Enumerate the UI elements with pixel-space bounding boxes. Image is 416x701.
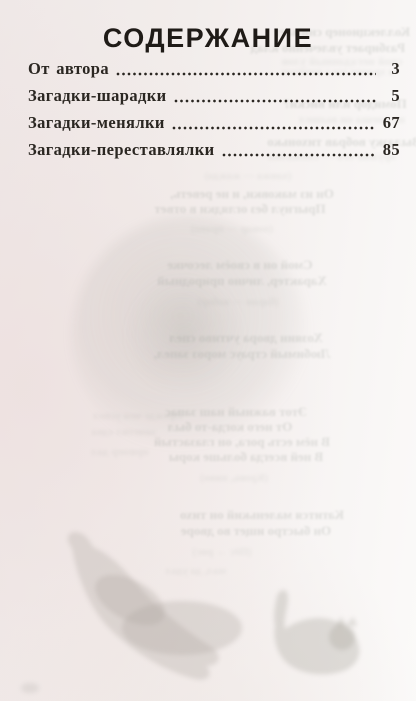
toc-page-number: 67 [380,113,400,133]
ghost-text-line: Прежде чем успел [93,410,183,422]
toc-row: Загадки-менялки67 [28,113,400,133]
ghost-text-line: пример дал [91,446,148,458]
ghost-text-line: (ханжа — жажда) [204,170,291,182]
toc-entry-label: От автора [28,59,109,79]
contents-title: СОДЕРЖАНИЕ [0,23,416,54]
toc-dot-leader [172,126,376,130]
toc-dot-leader [222,153,376,157]
ghost-text-line: Он быстро ищет во дворе [181,523,331,539]
toc-entry-label: Загадки-менялки [28,113,165,133]
toc-page-number: 3 [380,59,400,79]
cat-silhouette-left [68,532,242,680]
ghost-text-line: Катится маленький он тихо [180,507,344,523]
ghost-text-line: Хозяин двора учтиво спел [169,330,323,346]
ghost-text-line: (баран — набор) [197,296,279,308]
ghost-text-line: В нём есть рога, он глазастый [154,434,330,450]
ghost-text-line: Характер, лично природный [157,273,327,289]
toc-dot-leader [116,72,376,76]
ghost-illustration-blob-core [120,280,250,390]
cat-silhouette-right [274,590,359,674]
ghost-text-line: В ней всегда больше коры [169,449,323,465]
ghost-text-line: Этот важный наш запас [165,404,307,420]
ghost-illustration-blob [72,216,308,454]
ghost-text-line: (Пёс → рис) [192,546,252,558]
toc-page-number: 5 [380,86,400,106]
toc-row: Загадки-переставлялки85 [28,140,400,160]
ghost-text-line: Смой он в своём лесочке [167,257,312,273]
ghost-text-line: (Кровь, пиво) [200,472,268,484]
book-page: Коллекционер снимаетРазбирает увлечённо … [0,0,416,701]
toc-entry-label: Загадки-переставлялки [28,140,215,160]
ghost-text-line: заметил едва [92,426,157,438]
toc-entry-label: Загадки-шарадки [28,86,167,106]
toc-page-number: 85 [380,140,400,160]
ghost-text-line: Прыгнул без оглядки в ответ [154,201,325,217]
toc-row: От автора3 [28,59,400,79]
ink-smudge [21,683,39,693]
ghost-text-line: От него когда-то был [168,419,293,435]
toc-list: От автора3Загадки-шарадки5Загадки-менялк… [28,59,400,167]
ghost-text-line: Любимый страус мороз запел, [154,346,331,362]
ghost-text-line: Он из маковки, и не реветь, [170,186,334,202]
toc-dot-leader [174,99,376,103]
ghost-text-line: мал, да удал [166,565,227,577]
toc-row: Загадки-шарадки5 [28,86,400,106]
ghost-text-line: (повар — право) [191,223,273,235]
